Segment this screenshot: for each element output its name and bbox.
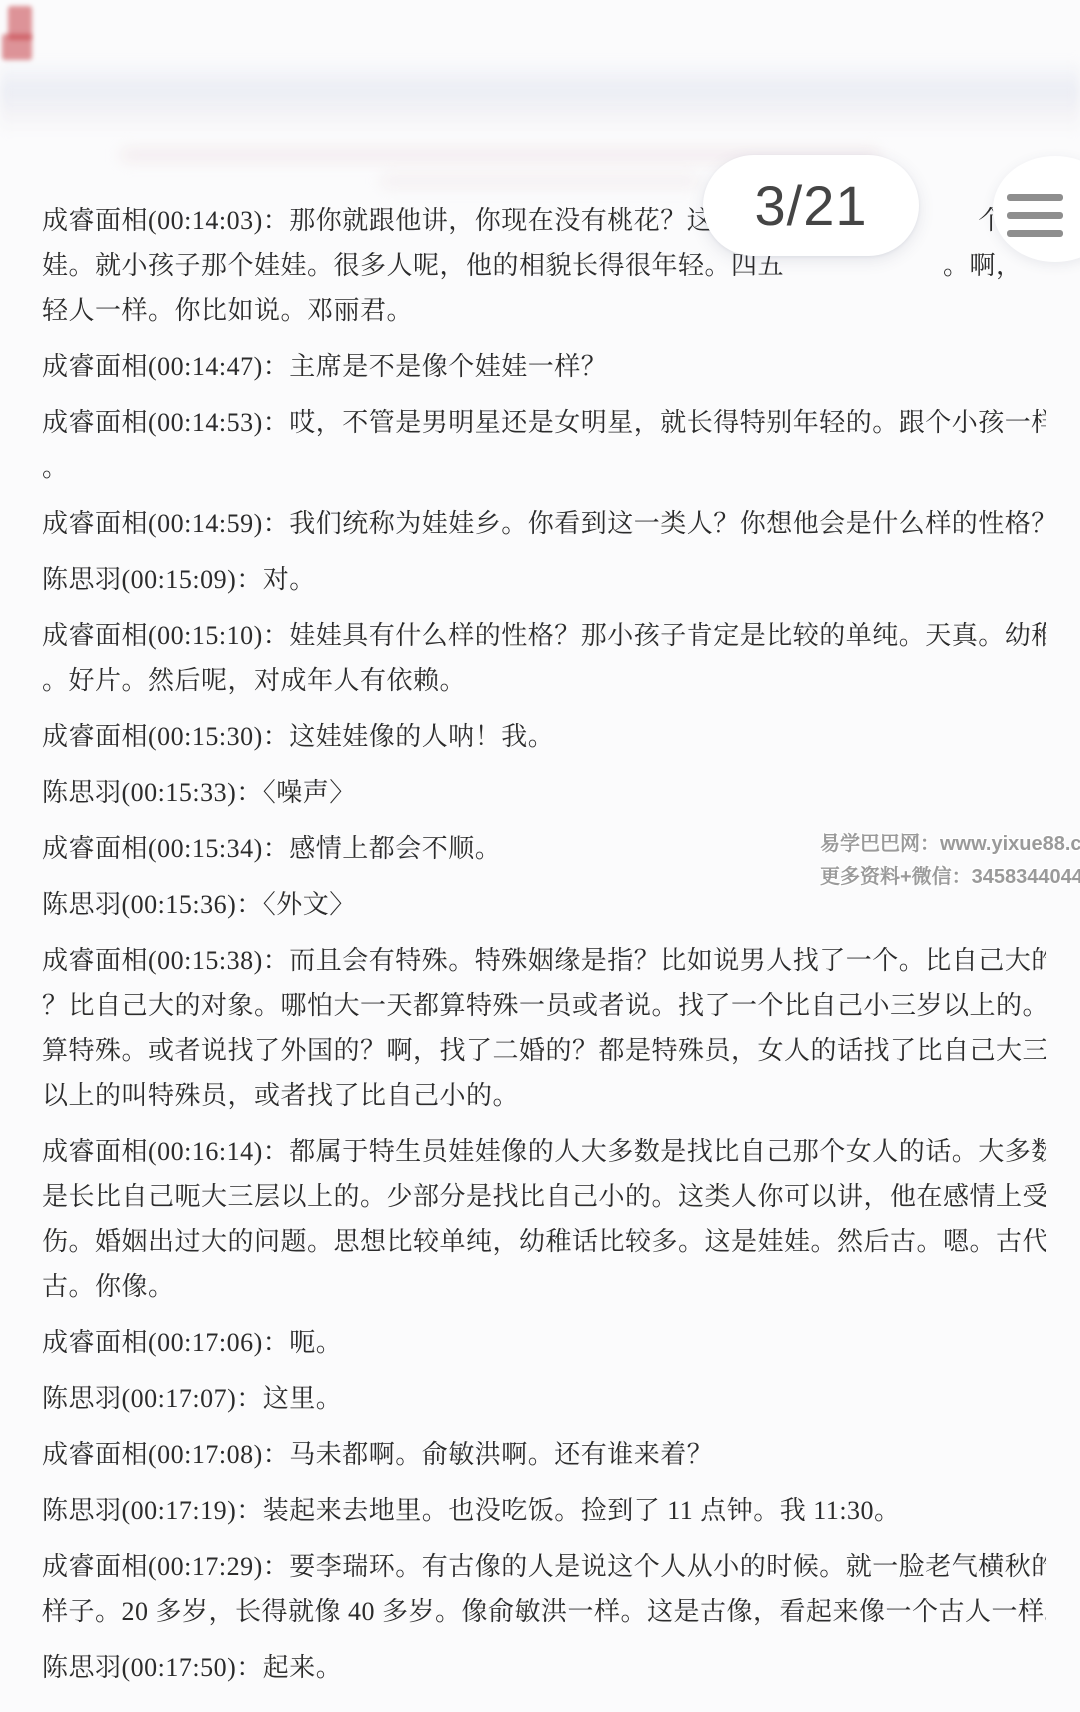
hamburger-bar	[1007, 212, 1063, 219]
transcript-paragraph: 成睿面相(00:15:10)：娃娃具有什么样的性格？那小孩子肯定是比较的单纯。天…	[42, 613, 1046, 703]
page-indicator-label: 3/21	[755, 173, 868, 238]
transcript-line: 算特殊。或者说找了外国的？啊，找了二婚的？都是特殊员，女人的话找了比自己大三岁	[42, 1028, 1046, 1073]
hamburger-icon	[1007, 194, 1063, 238]
transcript-paragraph: 陈思羽(00:15:09)：对。	[42, 557, 1046, 602]
transcript-line: 是长比自己呃大三层以上的。少部分是找比自己小的。这类人你可以讲，他在感情上受过	[42, 1174, 1046, 1219]
transcript-paragraph: 成睿面相(00:17:08)：马未都啊。俞敏洪啊。还有谁来着？	[42, 1432, 1046, 1477]
transcript-line: 陈思羽(00:15:09)：对。	[42, 557, 1046, 602]
transcript-line: 陈思羽(00:15:33)：〈噪声〉	[42, 770, 1046, 815]
transcript-line: 古。你像。	[42, 1264, 1046, 1309]
transcript-line: 成睿面相(00:17:06)：呃。	[42, 1320, 1046, 1365]
transcript-line: 。	[42, 445, 1046, 490]
transcript-paragraph: 陈思羽(00:17:19)：装起来去地里。也没吃饭。捡到了 11 点钟。我 11…	[42, 1488, 1046, 1533]
transcript-paragraph: 陈思羽(00:17:07)：这里。	[42, 1376, 1046, 1421]
watermark-line2: 更多资料+微信：3458344044	[820, 861, 1070, 894]
transcript-line: 成睿面相(00:17:29)：要李瑞环。有古像的人是说这个人从小的时候。就一脸老…	[42, 1544, 1046, 1589]
watermark: 易学巴巴网：www.yixue88.cn 更多资料+微信：3458344044	[820, 828, 1070, 894]
transcript-paragraph: 成睿面相(00:15:30)：这娃娃像的人呐！我。	[42, 714, 1046, 759]
red-artifact	[2, 34, 32, 60]
transcript-line: 成睿面相(00:14:47)：主席是不是像个娃娃一样？	[42, 344, 1046, 389]
transcript-line: 。好片。然后呢，对成年人有依赖。	[42, 658, 1046, 703]
transcript-paragraph: 成睿面相(00:14:59)：我们统称为娃娃乡。你看到这一类人？你想他会是什么样…	[42, 501, 1046, 546]
transcript-paragraph: 成睿面相(00:17:06)：呃。	[42, 1320, 1046, 1365]
transcript-line: 陈思羽(00:17:19)：装起来去地里。也没吃饭。捡到了 11 点钟。我 11…	[42, 1488, 1046, 1533]
transcript-line: 成睿面相(00:15:10)：娃娃具有什么样的性格？那小孩子肯定是比较的单纯。天…	[42, 613, 1046, 658]
transcript-line: ？比自己大的对象。哪怕大一天都算特殊一员或者说。找了一个比自己小三岁以上的。也	[42, 983, 1046, 1028]
transcript-line: 轻人一样。你比如说。邓丽君。	[42, 288, 1046, 333]
transcript-line: 成睿面相(00:14:59)：我们统称为娃娃乡。你看到这一类人？你想他会是什么样…	[42, 501, 1046, 546]
transcript-line: 成睿面相(00:15:30)：这娃娃像的人呐！我。	[42, 714, 1046, 759]
transcript-paragraph: 陈思羽(00:15:33)：〈噪声〉	[42, 770, 1046, 815]
page-indicator: 3/21	[703, 155, 919, 256]
transcript-page: 成睿面相(00:14:03)：那你就跟他讲，你现在没有桃花？这是妹 个。娃。就小…	[42, 198, 1046, 1690]
transcript-line: 陈思羽(00:17:50)：起来。	[42, 1645, 1046, 1690]
blur-streak	[380, 174, 700, 188]
transcript-line: 成睿面相(00:16:14)：都属于特生员娃娃像的人大多数是找比自己那个女人的话…	[42, 1129, 1046, 1174]
transcript-paragraph: 陈思羽(00:17:50)：起来。	[42, 1645, 1046, 1690]
transcript-paragraph: 成睿面相(00:15:38)：而且会有特殊。特殊姻缘是指？比如说男人找了一个。比…	[42, 938, 1046, 1118]
transcript-paragraph: 成睿面相(00:14:47)：主席是不是像个娃娃一样？	[42, 344, 1046, 389]
transcript-line: 伤。婚姻出过大的问题。思想比较单纯，幼稚话比较多。这是娃娃。然后古。嗯。古代的	[42, 1219, 1046, 1264]
transcript-line: 样子。20 多岁，长得就像 40 多岁。像俞敏洪一样。这是古像，看起来像一个古人…	[42, 1589, 1046, 1634]
hamburger-bar	[1007, 194, 1063, 201]
transcript-line: 成睿面相(00:15:38)：而且会有特殊。特殊姻缘是指？比如说男人找了一个。比…	[42, 938, 1046, 983]
watermark-line1: 易学巴巴网：www.yixue88.cn	[820, 828, 1070, 861]
blurred-header-band	[0, 58, 1080, 136]
transcript-line: 以上的叫特殊员，或者找了比自己小的。	[42, 1073, 1046, 1118]
transcript-paragraph: 成睿面相(00:16:14)：都属于特生员娃娃像的人大多数是找比自己那个女人的话…	[42, 1129, 1046, 1309]
transcript-line: 娃。就小孩子那个娃娃。很多人呢，他的相貌长得很年轻。四五 。啊，	[42, 243, 1046, 288]
transcript-paragraph: 成睿面相(00:14:53)：哎，不管是男明星还是女明星，就长得特别年轻的。跟个…	[42, 400, 1046, 490]
transcript-line: 成睿面相(00:14:53)：哎，不管是男明星还是女明星，就长得特别年轻的。跟个…	[42, 400, 1046, 445]
transcript-line: 成睿面相(00:17:08)：马未都啊。俞敏洪啊。还有谁来着？	[42, 1432, 1046, 1477]
transcript-paragraph: 成睿面相(00:17:29)：要李瑞环。有古像的人是说这个人从小的时候。就一脸老…	[42, 1544, 1046, 1634]
transcript-line: 陈思羽(00:17:07)：这里。	[42, 1376, 1046, 1421]
hamburger-bar	[1007, 230, 1063, 237]
